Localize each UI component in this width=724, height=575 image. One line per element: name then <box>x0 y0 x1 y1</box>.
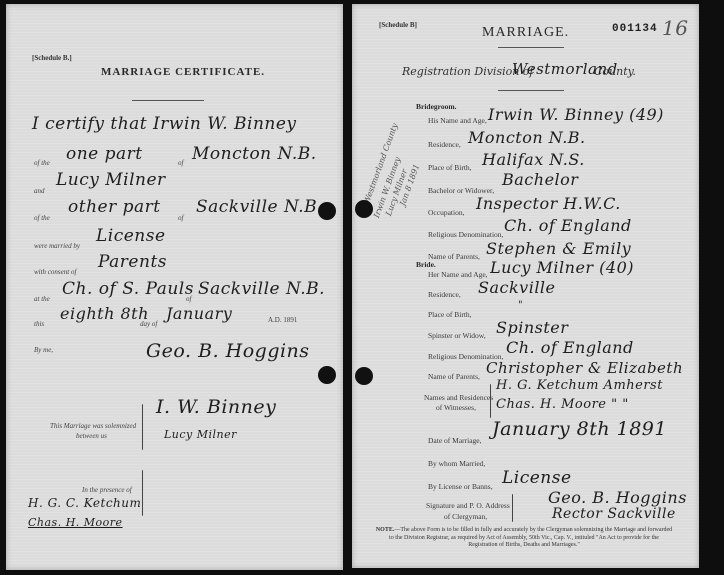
line-label: at the <box>34 295 50 303</box>
registration-division-suffix: County. <box>594 65 636 78</box>
solemnized-label-2: between us <box>76 432 107 440</box>
register-title: MARRIAGE. <box>482 25 569 41</box>
form-note: NOTE.—The above Form is to be filled in … <box>374 527 674 550</box>
line-label: with consent of <box>34 268 76 276</box>
divider-rule <box>498 90 564 91</box>
line-label: and <box>34 187 45 195</box>
clergy-label-2: of Clergyman, <box>444 512 487 521</box>
title-rule <box>498 47 564 48</box>
year-value: A.D. 1891 <box>268 316 297 324</box>
punch-hole <box>355 367 373 385</box>
line-label: of the <box>34 214 50 222</box>
bride-parents: Christopher & Elizabeth <box>486 359 683 377</box>
field-label: Place of Birth, <box>428 310 472 319</box>
brace <box>142 404 143 450</box>
schedule-label: [Schedule B] <box>379 21 417 29</box>
marriage-certificate-page: [Schedule B.] MARRIAGE CERTIFICATE. I ce… <box>6 4 343 570</box>
page-mark: 16 <box>662 16 688 40</box>
note-label: NOTE. <box>376 527 395 533</box>
brace <box>490 384 491 418</box>
church-location: Sackville N.B. <box>198 279 325 299</box>
day-value: eighth 8th <box>60 304 149 323</box>
groom-birthplace: Halifax N.S. <box>482 150 585 169</box>
groom-residence: Moncton N.B. <box>468 128 586 147</box>
field-label: Name of Parents, <box>428 372 480 381</box>
by-whom-label: By whom Married, <box>428 459 485 468</box>
bride-heading: Bride. <box>416 260 436 269</box>
married-by-value: License <box>96 226 166 246</box>
groom-religion: Ch. of England <box>504 216 632 235</box>
serial-number: 001134 <box>612 23 658 35</box>
punch-hole <box>355 200 373 218</box>
month-value: January <box>166 304 232 323</box>
title-rule <box>132 100 204 101</box>
witness-signature-1: H. G. C. Ketchum <box>28 496 141 510</box>
by-me-label: By me, <box>34 346 53 354</box>
clergy-signature: Geo. B. Hoggins <box>548 488 687 507</box>
bride-birthplace: " <box>518 300 523 311</box>
license-label: By License or Banns, <box>428 482 493 491</box>
line-mid-label: of <box>186 295 191 303</box>
field-label: Residence, <box>428 140 461 149</box>
bridegroom-heading: Bridegroom. <box>416 102 456 111</box>
groom-residence: Moncton N.B. <box>192 144 317 164</box>
bride-part: other part <box>68 197 161 217</box>
witness-signature-2: Chas. H. Moore <box>28 516 123 529</box>
certificate-title: MARRIAGE CERTIFICATE. <box>101 66 265 78</box>
line-mid-label: of <box>178 214 183 222</box>
field-label: Occupation, <box>428 208 464 217</box>
brace <box>512 494 513 522</box>
bride-residence: Sackville <box>478 278 556 297</box>
groom-part: one part <box>66 144 143 164</box>
field-label: Religious Denomination, <box>428 230 503 239</box>
church-value: Ch. of S. Pauls <box>62 279 194 299</box>
witnesses-label: Names and Residences <box>424 393 493 402</box>
field-label: His Name and Age, <box>428 116 487 125</box>
groom-signature: I. W. Binney <box>156 396 276 418</box>
register-witness-1: H. G. Ketchum Amherst <box>496 378 663 393</box>
line-mid-label: of <box>178 159 183 167</box>
bride-signature: Lucy Milner <box>164 428 237 441</box>
punch-hole <box>318 202 336 220</box>
bride-religion: Ch. of England <box>506 338 634 357</box>
groom-occupation: Inspector H.W.C. <box>476 194 621 213</box>
witnesses-label-2: of Witnesses, <box>436 403 476 412</box>
line-mid-label: day of <box>140 320 157 328</box>
schedule-label: [Schedule B.] <box>32 54 72 62</box>
bride-status: Spinster <box>496 318 568 337</box>
clergy-address: Rector Sackville <box>552 506 676 522</box>
license-value: License <box>502 468 572 488</box>
line-label: of the <box>34 159 50 167</box>
consent-value: Parents <box>98 252 167 272</box>
solemnized-label: This Marriage was solemnized <box>50 422 136 430</box>
groom-status: Bachelor <box>502 170 578 189</box>
note-text: —The above Form is to be filled in fully… <box>389 527 672 548</box>
clergy-label: Signature and P. O. Address <box>426 501 510 510</box>
line-label: were married by <box>34 242 80 250</box>
punch-hole <box>318 366 336 384</box>
field-label: Spinster or Widow, <box>428 331 486 340</box>
brace <box>142 470 143 516</box>
date-label: Date of Marriage, <box>428 436 482 445</box>
line-label: this <box>34 320 44 328</box>
date-value: January 8th 1891 <box>492 418 667 440</box>
register-witness-2: Chas. H. Moore " " <box>496 397 629 412</box>
marriage-register-page: [Schedule B] MARRIAGE. 001134 16 Registr… <box>352 4 699 568</box>
bride-residence: Sackville N.B. <box>196 197 323 217</box>
bride-name: Lucy Milner <box>56 170 166 190</box>
presence-label: In the presence of <box>82 486 132 494</box>
field-label: Residence, <box>428 290 461 299</box>
groom-parents: Stephen & Emily <box>486 239 631 258</box>
field-label: Place of Birth, <box>428 163 472 172</box>
officiant-signature: Geo. B. Hoggins <box>146 340 310 362</box>
certify-line: I certify that Irwin W. Binney <box>32 114 297 134</box>
groom-name-age: Irwin W. Binney (49) <box>488 105 664 124</box>
bride-name-age: Lucy Milner (40) <box>490 258 634 277</box>
